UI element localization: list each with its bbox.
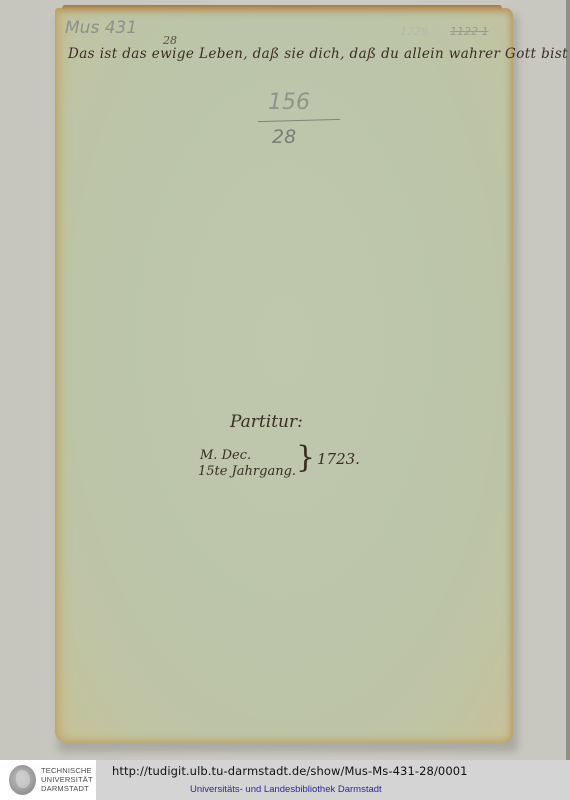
institution-name: TECHNISCHE UNIVERSITÄT DARMSTADT: [41, 766, 93, 793]
partitur-year: 1723.: [317, 450, 360, 468]
brace-glyph: }: [296, 440, 315, 475]
pencil-note-year: 1728: [400, 25, 428, 38]
institution-line: TECHNISCHE: [41, 766, 93, 775]
scan-border: [566, 0, 570, 760]
cantata-title: Das ist das ewige Leben, daß sie dich, d…: [68, 46, 568, 62]
library-link[interactable]: Universitäts- und Landesbibliothek Darms…: [190, 784, 382, 795]
partitur-month: M. Dec.: [200, 448, 251, 463]
page-worn-edge: [62, 5, 502, 11]
tu-darmstadt-logo[interactable]: TECHNISCHE UNIVERSITÄT DARMSTADT: [0, 760, 96, 800]
institution-line: DARMSTADT: [41, 784, 93, 793]
shelfmark: Mus 431: [65, 18, 137, 38]
pencil-note-number: 1122 1: [450, 25, 489, 38]
catalog-number-bottom: 28: [272, 126, 296, 148]
manuscript-cover-page: [55, 8, 513, 743]
permalink-url[interactable]: http://tudigit.ulb.tu-darmstadt.de/show/…: [112, 764, 468, 778]
partitur-heading: Partitur:: [230, 412, 303, 432]
footer-bar: TECHNISCHE UNIVERSITÄT DARMSTADT http://…: [0, 760, 570, 800]
catalog-number-top: 156: [268, 90, 310, 115]
institution-line: UNIVERSITÄT: [41, 775, 93, 784]
seal-profile-icon: [16, 770, 30, 788]
partitur-cycle: 15te Jahrgang.: [198, 464, 296, 479]
manuscript-scan: Mus 431 28 1728 1122 1 Das ist das ewige…: [0, 0, 570, 760]
